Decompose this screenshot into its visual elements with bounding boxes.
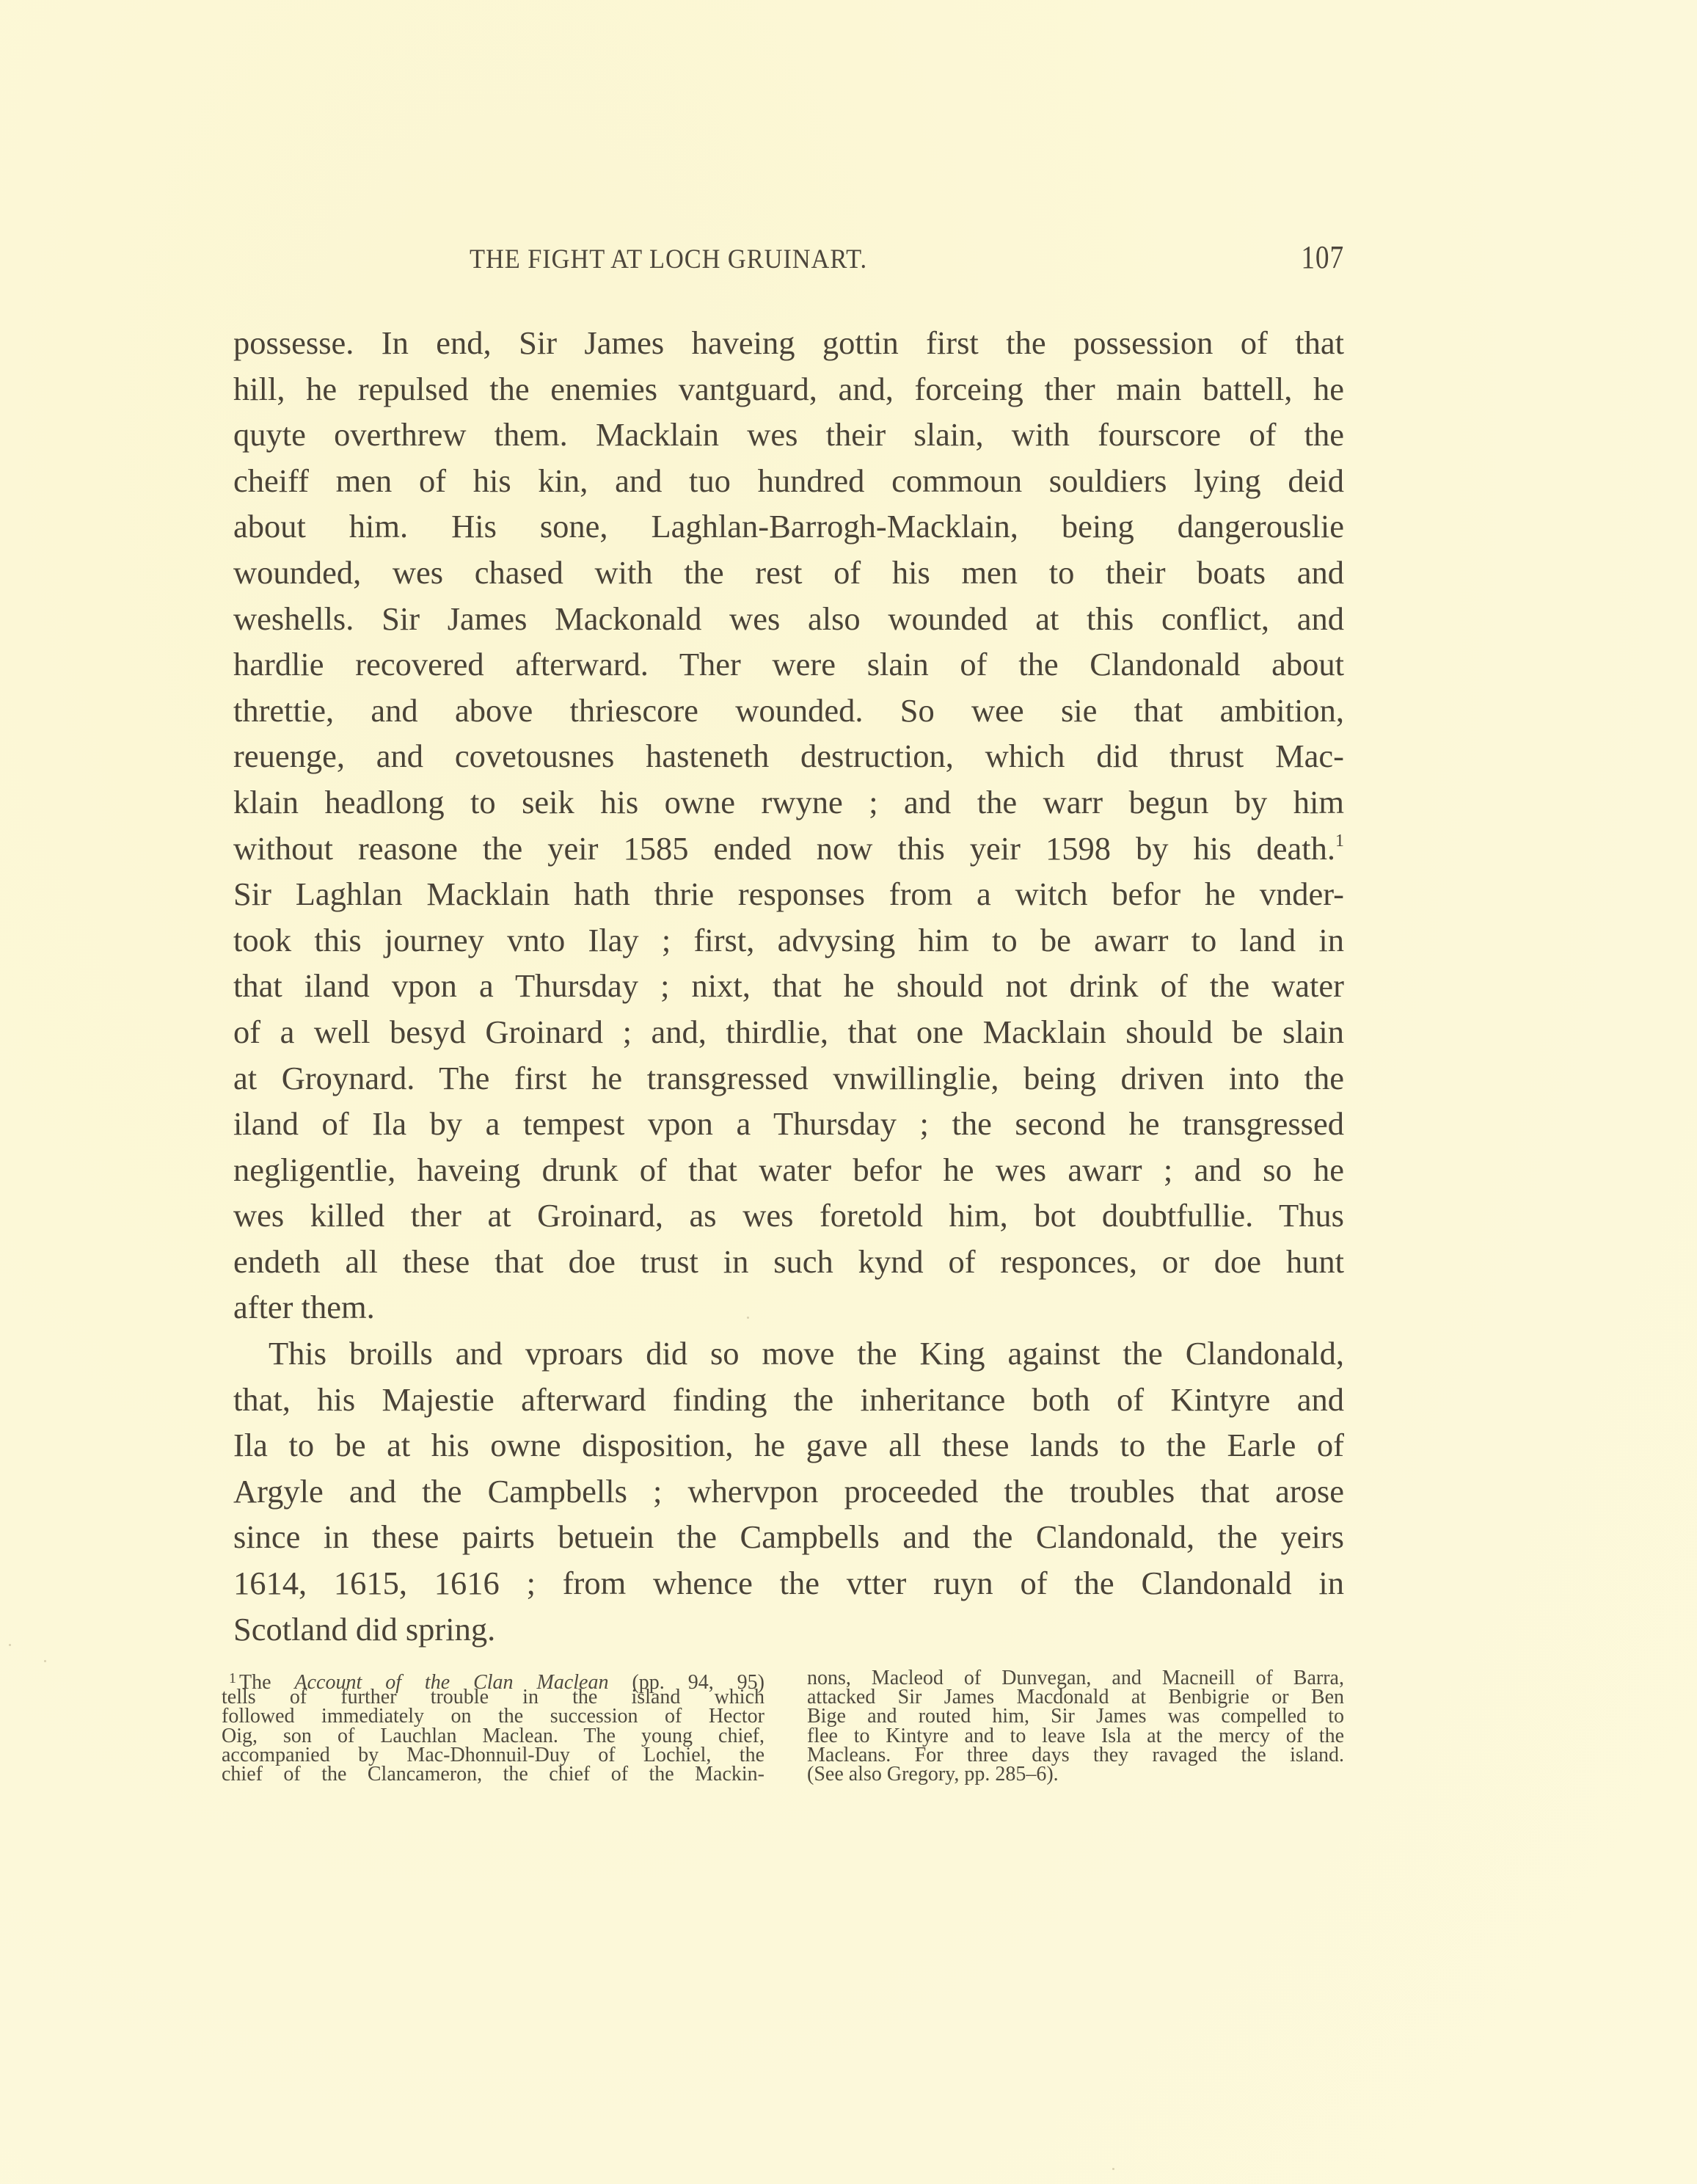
footnote-line: chief of the Clancameron, the chief of t… bbox=[222, 1765, 764, 1784]
body-line: hardlie recovered afterward. Ther were s… bbox=[233, 641, 1344, 688]
paragraph-2-line: Scotland did spring. bbox=[233, 1606, 1344, 1653]
paragraph-2-line: 1614, 1615, 1616 ; from whence the vtter… bbox=[233, 1560, 1344, 1606]
body-line: quyte overthrew them. Macklain wes their… bbox=[233, 412, 1344, 458]
body-line: threttie, and above thriescore wounded. … bbox=[233, 688, 1344, 734]
paper-speck bbox=[9, 1644, 11, 1646]
body-line: about him. His sone, Laghlan-Barrogh-Mac… bbox=[233, 503, 1344, 550]
paragraph-2-line: Ila to be at his owne disposition, he ga… bbox=[233, 1422, 1344, 1468]
paragraph-2-line: Argyle and the Campbells ; whervpon proc… bbox=[233, 1468, 1344, 1515]
running-title: THE FIGHT AT LOCH GRUINART. bbox=[470, 244, 867, 275]
body-line: Sir Laghlan Macklain hath thrie response… bbox=[233, 871, 1344, 917]
footnote-number: 1 bbox=[229, 1670, 236, 1686]
body-line: iland of Ila by a tempest vpon a Thursda… bbox=[233, 1101, 1344, 1147]
body-line: took this journey vnto Ilay ; first, adv… bbox=[233, 917, 1344, 964]
footnote-line: Macleans. For three days they ravaged th… bbox=[807, 1746, 1344, 1765]
footnote-line: Oig, son of Lauchlan Maclean. The young … bbox=[222, 1727, 764, 1746]
footnote-line: followed immediately on the succession o… bbox=[222, 1707, 764, 1726]
body-line: endeth all these that doe trust in such … bbox=[233, 1239, 1344, 1285]
body-line-text: without reasone the yeir 1585 ended now … bbox=[233, 830, 1335, 867]
body-line-with-footnote-ref: without reasone the yeir 1585 ended now … bbox=[233, 826, 1344, 872]
footnote-column-left: 1The Account of the Clan Maclean (pp. 94… bbox=[222, 1669, 764, 1784]
body-line: of a well besyd Groinard ; and, thirdlie… bbox=[233, 1009, 1344, 1055]
body-text: possesse. In end, Sir James haveing gott… bbox=[233, 320, 1344, 1652]
body-line: cheiff men of his kin, and tuo hundred c… bbox=[233, 458, 1344, 504]
footnote-line: (See also Gregory, pp. 285–6). bbox=[807, 1765, 1344, 1784]
body-line: hill, he repulsed the enemies vantguard,… bbox=[233, 366, 1344, 412]
paragraph-2-line: This broills and vproars did so move the… bbox=[233, 1331, 1344, 1377]
paragraph-2-line: that, his Majestie afterward finding the… bbox=[233, 1377, 1344, 1423]
paper-speck bbox=[1112, 2168, 1114, 2170]
footnote-reference[interactable]: 1 bbox=[1335, 831, 1344, 851]
body-line: possesse. In end, Sir James haveing gott… bbox=[233, 320, 1344, 366]
body-line: wounded, wes chased with the rest of his… bbox=[233, 550, 1344, 596]
paper-speck bbox=[44, 1660, 46, 1662]
footnote-line: Bige and routed him, Sir James was compe… bbox=[807, 1707, 1344, 1726]
body-line: reuenge, and covetousnes hasteneth destr… bbox=[233, 733, 1344, 779]
paper-speck bbox=[747, 1317, 749, 1319]
body-line: at Groynard. The first he transgressed v… bbox=[233, 1055, 1344, 1102]
body-line: that iland vpon a Thursday ; nixt, that … bbox=[233, 963, 1344, 1009]
body-line: weshells. Sir James Mackonald wes also w… bbox=[233, 596, 1344, 642]
footnote-line: accompanied by Mac-Dhonnuil-Duy of Lochi… bbox=[222, 1746, 764, 1765]
body-line: after them. bbox=[233, 1284, 1344, 1331]
paragraph-2-line: since in these pairts betuein the Campbe… bbox=[233, 1514, 1344, 1560]
body-line: negligentlie, haveing drunk of that wate… bbox=[233, 1147, 1344, 1193]
running-header: THE FIGHT AT LOCH GRUINART. 107 bbox=[470, 235, 1344, 279]
footnote-line: flee to Kintyre and to leave Isla at the… bbox=[807, 1727, 1344, 1746]
page-number: 107 bbox=[1301, 239, 1344, 276]
body-line: klain headlong to seik his owne rwyne ; … bbox=[233, 779, 1344, 826]
book-page: THE FIGHT AT LOCH GRUINART. 107 possesse… bbox=[0, 0, 1697, 2184]
footnote-column-right: nons, Macleod of Dunvegan, and Macneill … bbox=[807, 1669, 1344, 1784]
body-line: wes killed ther at Groinard, as wes fore… bbox=[233, 1193, 1344, 1239]
